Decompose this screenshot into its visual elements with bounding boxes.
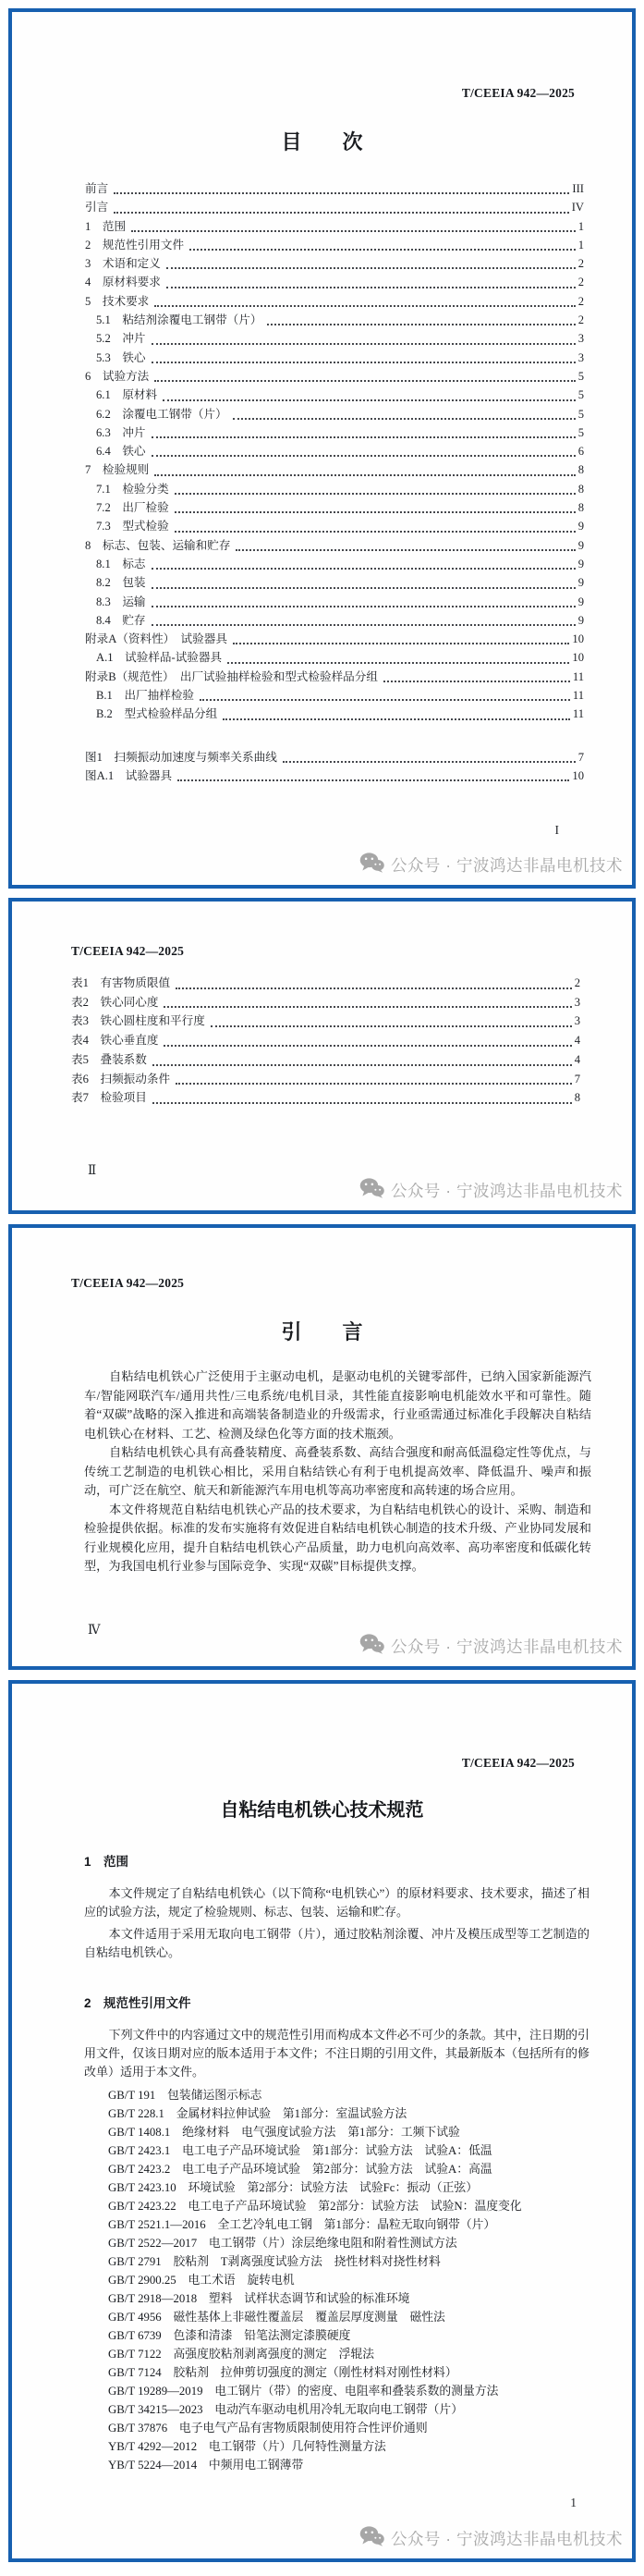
section-2-heading: 2 规范性引用文件 [12, 1993, 632, 2011]
toc-entry-page: 1 [578, 236, 584, 254]
wechat-icon [359, 852, 384, 877]
toc-entry-label: 8.3 运输 [96, 593, 146, 611]
paragraph: 自粘结电机铁心具有高叠装精度、高叠装系数、高结合强度和耐高低温稳定性等优点，与传… [84, 1443, 591, 1501]
normative-reference: GB/T 191 包装储运图示标志 [108, 2086, 604, 2104]
watermark-text: 公众号 · 宁波鸿达非晶电机技术 [391, 1635, 623, 1658]
dot-leader [211, 1025, 572, 1027]
toc-entry-page: 2 [578, 292, 584, 311]
dot-leader [233, 418, 576, 420]
dot-leader [166, 267, 576, 269]
page-toc: T/CEEIA 942—2025 目 次 前言 III 引言 IV 1 范围 1… [8, 8, 636, 889]
dot-leader [175, 493, 576, 495]
dot-leader [164, 1006, 571, 1008]
dot-leader [114, 192, 569, 194]
toc-entry-page: 6 [578, 442, 584, 460]
toc-entry: 5.3 铁心 3 [85, 349, 584, 367]
normative-reference: GB/T 2423.2 电工电子产品环境试验 第2部分：试验方法 试验A：高温 [108, 2160, 604, 2178]
figure-entry-page: 7 [578, 748, 584, 767]
toc-title: 目 次 [12, 127, 632, 155]
toc-entry-page: 3 [578, 329, 584, 348]
doc-code-header: T/CEEIA 942—2025 [12, 902, 632, 959]
normative-reference: GB/T 2423.22 电工电子产品环境试验 第2部分：试验方法 试验N：温度… [108, 2197, 604, 2215]
toc-entry-page: 11 [573, 686, 584, 705]
dot-leader [176, 1083, 572, 1085]
watermark-text: 公众号 · 宁波鸿达非晶电机技术 [391, 853, 623, 877]
section-1-heading: 1 范围 [12, 1851, 632, 1870]
normative-reference: YB/T 4292—2012 电工钢带（片）几何特性测量方法 [108, 2437, 604, 2456]
normative-reference: GB/T 2423.1 电工电子产品环境试验 第1部分：试验方法 试验A：低温 [108, 2141, 604, 2160]
toc-entry: 6.4 铁心 6 [85, 442, 584, 460]
toc-entry-label: 7.1 检验分类 [96, 480, 169, 498]
table-entry-label: 表1 有害物质限值 [71, 974, 170, 993]
toc-entry: 1 范围 1 [85, 217, 584, 236]
watermark-text: 公众号 · 宁波鸿达非晶电机技术 [391, 2527, 623, 2550]
dot-leader [152, 1102, 572, 1104]
toc-entry-page: 9 [578, 536, 584, 555]
toc-entry-page: 8 [578, 460, 584, 479]
normative-reference: GB/T 7124 胶粘剂 拉伸剪切强度的测定（刚性材料对刚性材料） [108, 2363, 604, 2382]
table-entry-label: 表6 扫频振动条件 [71, 1070, 170, 1089]
toc-entry-label: 6.2 涂覆电工钢带（片） [96, 405, 227, 423]
normative-reference: GB/T 2521.1—2016 全工艺冷轧电工钢 第1部分：晶粒无取向钢带（片… [108, 2215, 604, 2234]
figure-entry-page: 10 [572, 767, 584, 785]
normative-reference: GB/T 34215—2023 电动汽车驱动电机用冷轧无取向电工钢带（片） [108, 2400, 604, 2419]
toc-entry: 6 试验方法 5 [85, 367, 584, 386]
document-preview: T/CEEIA 942—2025 目 次 前言 III 引言 IV 1 范围 1… [0, 8, 644, 2576]
dot-leader [200, 699, 570, 701]
page-tables: T/CEEIA 942—2025 表1 有害物质限值 2 表2 铁心同心度 3 … [8, 898, 636, 1214]
toc-entry-label: 2 规范性引用文件 [85, 236, 184, 254]
toc-entry: B.2 型式检验样品分组 11 [85, 705, 584, 723]
toc-entry-page: 9 [578, 611, 584, 630]
dot-leader [152, 606, 576, 607]
normative-reference-list: GB/T 191 包装储运图示标志GB/T 228.1 金属材料拉伸试验 第1部… [12, 2086, 632, 2474]
page-main-body: T/CEEIA 942—2025 自粘结电机铁心技术规范 1 范围 本文件规定了… [8, 1680, 636, 2562]
dot-leader [383, 681, 570, 682]
toc-entry-label: B.2 型式检验样品分组 [96, 705, 217, 723]
introduction-title: 引 言 [12, 1317, 632, 1345]
toc-entry: 8.4 贮存 9 [85, 611, 584, 630]
normative-reference: GB/T 6739 色漆和清漆 铅笔法测定漆膜硬度 [108, 2326, 604, 2345]
normative-reference: GB/T 37876 电子电气产品有害物质限制使用符合性评价通则 [108, 2419, 604, 2437]
dot-leader [175, 531, 576, 533]
toc-entry-page: 10 [572, 648, 584, 667]
toc-entry-label: 附录B（规范性） 出厂试验抽样检验和型式检验样品分组 [85, 668, 378, 686]
toc-entry-page: 9 [578, 555, 584, 573]
table-entry-label: 表5 叠装系数 [71, 1050, 147, 1070]
watermark-text: 公众号 · 宁波鸿达非晶电机技术 [391, 1179, 623, 1202]
toc-entry: 8.1 标志 9 [85, 555, 584, 573]
toc-entry-label: 6.1 原材料 [96, 386, 157, 404]
toc-entry: 6.3 冲片 5 [85, 423, 584, 442]
doc-code-header: T/CEEIA 942—2025 [12, 1228, 632, 1291]
dot-leader [163, 399, 576, 401]
dot-leader [166, 287, 576, 288]
dot-leader [152, 587, 576, 589]
table-entry: 表4 铁心垂直度 4 [71, 1031, 580, 1050]
toc-entry: 6.2 涂覆电工钢带（片） 5 [85, 405, 584, 423]
dot-leader [114, 212, 569, 214]
table-entry-label: 表2 铁心同心度 [71, 993, 158, 1012]
table-entry: 表6 扫频振动条件 7 [71, 1070, 580, 1089]
toc-entry-label: 1 范围 [85, 217, 126, 236]
doc-code-header: T/CEEIA 942—2025 [12, 1684, 632, 1771]
toc-entry: 5.2 冲片 3 [85, 329, 584, 348]
dot-leader [177, 779, 569, 781]
table-list: 表1 有害物质限值 2 表2 铁心同心度 3 表3 铁心圆柱度和平行度 3 表4… [12, 974, 632, 1108]
toc-entry-label: 7.2 出厂检验 [96, 498, 169, 517]
watermark: 公众号 · 宁波鸿达非晶电机技术 [359, 2525, 623, 2551]
toc-entry: 7 检验规则 8 [85, 460, 584, 479]
dot-leader [233, 643, 569, 644]
toc-entry-page: 1 [578, 217, 584, 236]
toc-entry-page: 2 [578, 311, 584, 329]
toc-entry-label: 引言 [85, 198, 108, 216]
page-number: 1 [570, 2496, 577, 2510]
toc-entry-label: 6.3 冲片 [96, 423, 146, 442]
normative-reference: GB/T 2522—2017 电工钢带（片）涂层绝缘电阻和附着性测试方法 [108, 2234, 604, 2252]
toc-entry-label: 6 试验方法 [85, 367, 149, 386]
figure-entry-label: 图1 扫频振动加速度与频率关系曲线 [85, 748, 277, 767]
paragraph: 自粘结电机铁心广泛使用于主驱动电机，是驱动电机的关键零部件，已纳入国家新能源汽车… [84, 1368, 591, 1443]
figure-list: 图1 扫频振动加速度与频率关系曲线 7 图A.1 试验器具 10 [12, 748, 632, 786]
toc-entry-page: 5 [578, 405, 584, 423]
toc-entry-page: 10 [572, 630, 584, 648]
standard-title: 自粘结电机铁心技术规范 [12, 1795, 632, 1822]
toc-entry-label: 8.1 标志 [96, 555, 146, 573]
figure-entry: 图A.1 试验器具 10 [85, 767, 584, 785]
toc-entry-label: 附录A（资料性） 试验器具 [85, 630, 227, 648]
watermark: 公众号 · 宁波鸿达非晶电机技术 [359, 852, 623, 877]
toc-entry: 8.3 运输 9 [85, 593, 584, 611]
table-entry: 表1 有害物质限值 2 [71, 974, 580, 993]
dot-leader [154, 305, 575, 307]
toc-entry-label: 8 标志、包装、运输和贮存 [85, 536, 230, 555]
dot-leader [152, 362, 576, 363]
table-entry: 表2 铁心同心度 3 [71, 993, 580, 1012]
toc-entry-label: B.1 出厂抽样检验 [96, 686, 194, 705]
toc-entry-label: 5.3 铁心 [96, 349, 146, 367]
toc-entry-label: 5.1 粘结剂涂覆电工钢带（片） [96, 311, 261, 329]
watermark: 公众号 · 宁波鸿达非晶电机技术 [359, 1177, 623, 1203]
paragraph: 本文件规定了自粘结电机铁心（以下简称“电机铁心”）的原材料要求、技术要求，描述了… [84, 1884, 589, 1922]
toc-entry-page: 5 [578, 386, 584, 404]
normative-reference: GB/T 1408.1 绝缘材料 电气强度试验方法 第1部分：工频下试验 [108, 2123, 604, 2141]
table-entry-page: 4 [575, 1050, 580, 1070]
page-number: Ⅱ [88, 1163, 96, 1178]
toc-entry: 6.1 原材料 5 [85, 386, 584, 404]
toc-entry-page: 8 [578, 498, 584, 517]
toc-list: 前言 III 引言 IV 1 范围 1 2 规范性引用文件 1 3 术语和定义 … [12, 179, 632, 724]
toc-entry-label: 8.4 贮存 [96, 611, 146, 630]
table-entry-label: 表3 铁心圆柱度和平行度 [71, 1012, 205, 1031]
page-number: Ⅳ [88, 1623, 101, 1638]
toc-entry-page: III [572, 179, 584, 198]
paragraph: 本文件将规范自粘结电机铁心产品的技术要求，为自粘结电机铁心的设计、采购、制造和检… [84, 1501, 591, 1576]
table-entry-page: 4 [575, 1031, 580, 1050]
toc-entry-label: 3 术语和定义 [85, 254, 161, 273]
toc-entry: 3 术语和定义 2 [85, 254, 584, 273]
toc-entry-page: 5 [578, 367, 584, 386]
normative-reference: GB/T 4956 磁性基体上非磁性覆盖层 覆盖层厚度测量 磁性法 [108, 2308, 604, 2326]
table-entry-page: 8 [575, 1088, 580, 1108]
dot-leader [227, 662, 569, 664]
dot-leader [152, 455, 576, 457]
toc-entry-page: 2 [578, 254, 584, 273]
toc-entry: 7.3 型式检验 9 [85, 517, 584, 535]
toc-entry: 5 技术要求 2 [85, 292, 584, 311]
page-introduction: T/CEEIA 942—2025 引 言 自粘结电机铁心广泛使用于主驱动电机，是… [8, 1224, 636, 1670]
dot-leader [223, 718, 570, 720]
dot-leader [189, 249, 576, 251]
dot-leader [152, 436, 576, 438]
normative-reference: GB/T 19289—2019 电工钢片（带）的密度、电阻率和叠装系数的测量方法 [108, 2382, 604, 2400]
figure-entry-label: 图A.1 试验器具 [85, 767, 172, 785]
table-entry-label: 表4 铁心垂直度 [71, 1031, 158, 1050]
dot-leader [164, 1045, 571, 1047]
wechat-icon [359, 1177, 384, 1203]
toc-entry-page: IV [572, 198, 584, 216]
dot-leader [175, 511, 576, 513]
dot-leader [176, 987, 572, 989]
doc-code-header: T/CEEIA 942—2025 [12, 12, 632, 101]
toc-entry-page: 3 [578, 349, 584, 367]
table-entry-page: 3 [575, 1012, 580, 1031]
toc-entry-label: 5 技术要求 [85, 292, 149, 311]
toc-entry-page: 5 [578, 423, 584, 442]
toc-entry: 8.2 包装 9 [85, 573, 584, 592]
table-entry-label: 表7 检验项目 [71, 1088, 147, 1108]
dot-leader [152, 568, 576, 570]
toc-entry-page: 11 [573, 668, 584, 686]
dot-leader [152, 1064, 572, 1066]
toc-entry: 附录B（规范性） 出厂试验抽样检验和型式检验样品分组 11 [85, 668, 584, 686]
toc-entry: 附录A（资料性） 试验器具 10 [85, 630, 584, 648]
dot-leader [154, 380, 575, 382]
dot-leader [236, 549, 575, 551]
toc-entry: 4 原材料要求 2 [85, 273, 584, 291]
section-2-intro: 下列文件中的内容通过文中的规范性引用而构成本文件必不可少的条款。其中，注日期的引… [12, 2026, 632, 2082]
figure-entry: 图1 扫频振动加速度与频率关系曲线 7 [85, 748, 584, 767]
paragraph: 下列文件中的内容通过文中的规范性引用而构成本文件必不可少的条款。其中，注日期的引… [84, 2026, 589, 2082]
dot-leader [283, 761, 576, 763]
toc-entry-label: 7 检验规则 [85, 460, 149, 479]
normative-reference: GB/T 2900.25 电工术语 旋转电机 [108, 2271, 604, 2289]
toc-entry-label: A.1 试验样品-试验器具 [96, 648, 222, 667]
toc-entry-label: 5.2 冲片 [96, 329, 146, 348]
toc-entry-page: 11 [573, 705, 584, 723]
toc-entry-label: 8.2 包装 [96, 573, 146, 592]
normative-reference: GB/T 2918—2018 塑料 试样状态调节和试验的标准环境 [108, 2289, 604, 2308]
paragraph: 本文件适用于采用无取向电工钢带（片），通过胶粘剂涂覆、冲片及模压成型等工艺制造的… [84, 1925, 589, 1963]
toc-entry-page: 9 [578, 573, 584, 592]
section-1-body: 本文件规定了自粘结电机铁心（以下简称“电机铁心”）的原材料要求、技术要求，描述了… [12, 1884, 632, 1963]
table-entry: 表5 叠装系数 4 [71, 1050, 580, 1070]
toc-entry-page: 9 [578, 517, 584, 535]
wechat-icon [359, 1633, 384, 1659]
toc-entry: 8 标志、包装、运输和贮存 9 [85, 536, 584, 555]
page-number: I [555, 823, 560, 838]
toc-entry-label: 7.3 型式检验 [96, 517, 169, 535]
dot-leader [154, 474, 575, 476]
normative-reference: GB/T 7122 高强度胶粘剂剥离强度的测定 浮辊法 [108, 2345, 604, 2363]
toc-entry: 7.2 出厂检验 8 [85, 498, 584, 517]
toc-entry: A.1 试验样品-试验器具 10 [85, 648, 584, 667]
toc-entry-page: 8 [578, 480, 584, 498]
introduction-body: 自粘结电机铁心广泛使用于主驱动电机，是驱动电机的关键零部件，已纳入国家新能源汽车… [12, 1368, 632, 1576]
toc-entry: 7.1 检验分类 8 [85, 480, 584, 498]
table-entry: 表3 铁心圆柱度和平行度 3 [71, 1012, 580, 1031]
normative-reference: YB/T 5224—2014 中频用电工钢薄带 [108, 2456, 604, 2474]
dot-leader [152, 343, 576, 345]
toc-entry: 前言 III [85, 179, 584, 198]
dot-leader [267, 324, 575, 325]
toc-entry: 5.1 粘结剂涂覆电工钢带（片） 2 [85, 311, 584, 329]
toc-entry-page: 2 [578, 273, 584, 291]
toc-entry: 2 规范性引用文件 1 [85, 236, 584, 254]
toc-entry: B.1 出厂抽样检验 11 [85, 686, 584, 705]
dot-leader [131, 230, 576, 232]
normative-reference: GB/T 228.1 金属材料拉伸试验 第1部分：室温试验方法 [108, 2104, 604, 2123]
table-entry-page: 3 [575, 993, 580, 1012]
table-entry-page: 2 [575, 974, 580, 993]
toc-entry: 引言 IV [85, 198, 584, 216]
toc-entry-label: 6.4 铁心 [96, 442, 146, 460]
wechat-icon [359, 2525, 384, 2551]
normative-reference: GB/T 2423.10 环境试验 第2部分：试验方法 试验Fc：振动（正弦） [108, 2178, 604, 2197]
table-entry-page: 7 [575, 1070, 580, 1089]
table-entry: 表7 检验项目 8 [71, 1088, 580, 1108]
toc-entry-label: 前言 [85, 179, 108, 198]
toc-entry-page: 9 [578, 593, 584, 611]
dot-leader [152, 624, 576, 626]
toc-entry-label: 4 原材料要求 [85, 273, 161, 291]
normative-reference: GB/T 2791 胶粘剂 T剥离强度试验方法 挠性材料对挠性材料 [108, 2252, 604, 2271]
watermark: 公众号 · 宁波鸿达非晶电机技术 [359, 1633, 623, 1659]
